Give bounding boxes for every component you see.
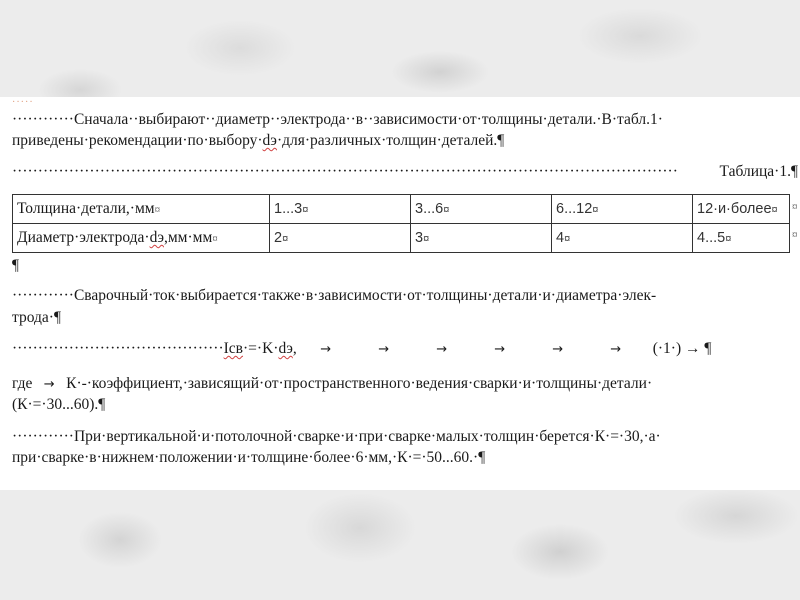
document-page: ····· ············Сначала··выбирают··диа… <box>0 97 800 490</box>
para1-line2-text: приведены·рекомендации·по·выбору· <box>12 132 263 149</box>
cell: 6...12¤ <box>552 195 693 224</box>
para1-line1: ············Сначала··выбирают··диаметр··… <box>12 111 663 129</box>
tab-arrow-icon: → <box>36 376 62 394</box>
formula-tail: → ¶ <box>685 340 711 357</box>
cell: 1...3¤ <box>270 195 411 224</box>
formula-leader: ········································… <box>12 340 224 357</box>
formula-line: ········································… <box>12 340 711 359</box>
caption-label: Таблица·1.¶ <box>720 163 798 181</box>
row-header-thickness: Толщина·детали,·мм¤ <box>13 195 270 224</box>
after-table-mark: ¶ <box>12 257 19 275</box>
row-end-mark: ¤ <box>792 229 798 241</box>
cell: 2¤ <box>270 224 411 253</box>
tab-arrow-icon: → <box>587 341 645 359</box>
tab-arrow-icon: → <box>355 341 413 359</box>
top-mark: ····· <box>12 97 34 108</box>
formula-number: (·1·) <box>653 340 681 357</box>
formula-lhs: Iсв <box>224 340 243 357</box>
table-row-diameter: Диаметр·электрода·dэ,мм·мм¤ 2¤ 3¤ 4¤ 4..… <box>13 224 790 253</box>
row-end-mark: ¤ <box>792 201 798 213</box>
cell: 4...5¤ <box>693 224 790 253</box>
tab-arrow-icon: → <box>297 341 355 359</box>
para3-line2: при·сварке·в·нижнем·положении·и·толщине·… <box>12 449 485 467</box>
tab-arrow-icon: → <box>471 341 529 359</box>
cell: 12·и·более¤ <box>693 195 790 224</box>
para3-line1: ············При·вертикальной·и·потолочно… <box>12 428 661 446</box>
para2-line2: трода·¶ <box>12 309 61 327</box>
symbol-de: dэ <box>263 132 277 149</box>
where-text: К·-·коэффициент,·зависящий·от·пространст… <box>66 375 652 392</box>
para1-line2: приведены·рекомендации·по·выбору·dэ·для·… <box>12 132 504 150</box>
electrode-table: Толщина·детали,·мм¤ 1...3¤ 3...6¤ 6...12… <box>12 194 790 253</box>
tab-arrow-icon: → <box>529 341 587 359</box>
row-header-diameter: Диаметр·электрода·dэ,мм·мм¤ <box>13 224 270 253</box>
formula-eq: ·=·K· <box>243 340 278 357</box>
where-line1: где → К·-·коэффициент,·зависящий·от·прос… <box>12 375 652 394</box>
tab-arrow-icon: → <box>413 341 471 359</box>
table-row-thickness: Толщина·детали,·мм¤ 1...3¤ 3...6¤ 6...12… <box>13 195 790 224</box>
formula-symbol: dэ <box>278 340 292 357</box>
cell: 3¤ <box>411 224 552 253</box>
cell: 4¤ <box>552 224 693 253</box>
caption-leader: ········································… <box>12 163 720 181</box>
para1-line2-end: ·для·различных·толщин·деталей.¶ <box>277 132 504 149</box>
where-line2: (К·=·30...60).¶ <box>12 396 105 414</box>
where-prefix: где <box>12 375 32 392</box>
cell: 3...6¤ <box>411 195 552 224</box>
para2-line1: ············Сварочный·ток·выбирается·так… <box>12 287 656 305</box>
table-caption: ········································… <box>12 163 798 181</box>
